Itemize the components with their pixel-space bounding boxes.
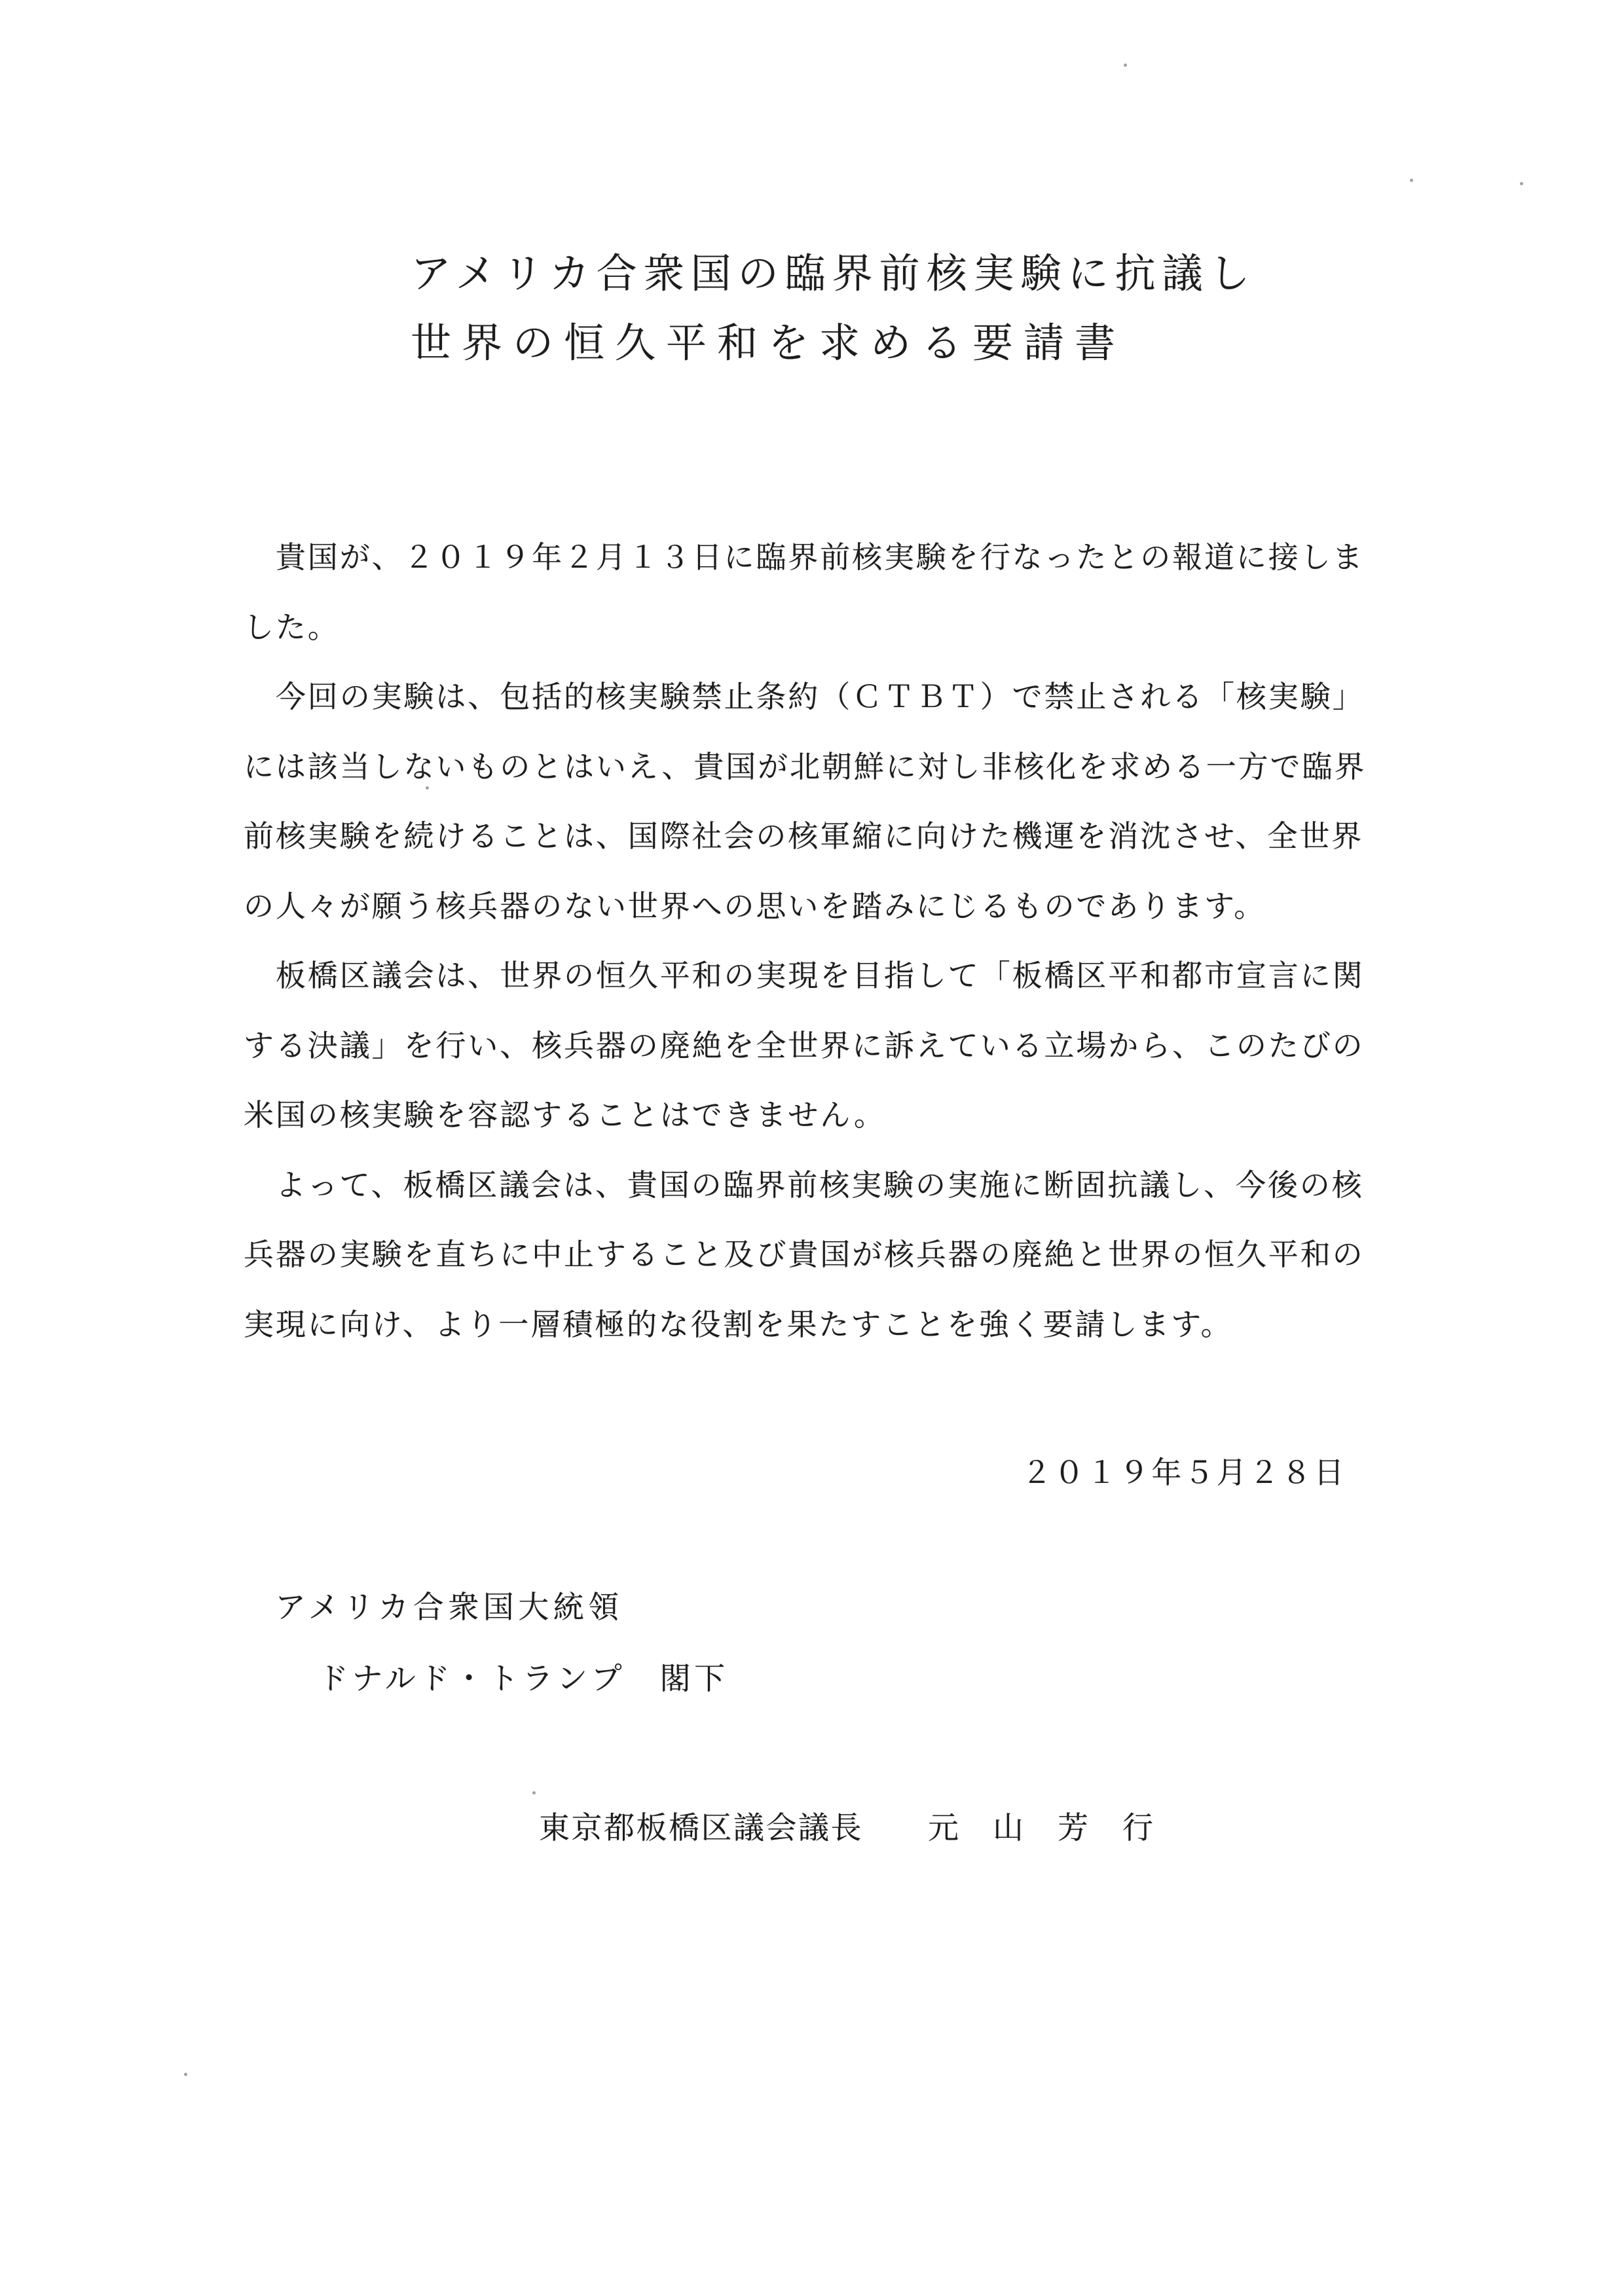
scan-speck [1520,182,1523,185]
scanned-document-page: アメリカ合衆国の臨界前核実験に抗議し 世界の恒久平和を求める要請書 貴国が、２０… [0,0,1624,2296]
body-line: 米国の核実験を容認することはできません。 [244,1081,1409,1151]
document-title-line2: 世界の恒久平和を求める要請書 [411,319,1126,368]
scan-speck [1410,179,1413,182]
body-line: には該当しないものとはいえ、貴国が北朝鮮に対し非核化を求める一方で臨界 [244,733,1409,803]
body-line: 兵器の実験を直ちに中止すること及び貴国が核兵器の廃絶と世界の恒久平和の [244,1220,1409,1290]
scan-speck [1124,64,1127,67]
body-line: する決議」を行い、核兵器の廃絶を全世界に訴えている立場から、このたびの [244,1011,1409,1082]
addressee-name: ドナルド・トランプ 閣下 [318,1647,729,1712]
document-body: 貴国が、２０１９年２月１３日に臨界前核実験を行なったとの報道に接しま した。 今… [244,523,1409,1360]
body-line: 今回の実験は、包括的核実験禁止条約（ＣＴＢＴ）で禁止される「核実験」 [244,663,1409,733]
body-line: した。 [244,593,1409,663]
body-line: 実現に向け、より一層積極的な役割を果たすことを強く要請します。 [244,1290,1409,1360]
scan-speck [184,2073,187,2076]
document-title-line1: アメリカ合衆国の臨界前核実験に抗議し [411,250,1257,299]
document-date: ２０１９年５月２８日 [1022,1438,1346,1508]
body-line: 板橋区議会は、世界の恒久平和の実現を目指して「板橋区平和都市宣言に関 [244,941,1409,1011]
body-line: よって、板橋区議会は、貴国の臨界前核実験の実施に断固抗議し、今後の核 [244,1151,1409,1221]
body-line: の人々が願う核兵器のない世界への思いを踏みにじるものであります。 [244,872,1409,942]
scan-speck [532,1791,536,1795]
addressee-president: アメリカ合衆国大統領 [275,1575,623,1641]
body-line: 前核実験を続けることは、国際社会の核軍縮に向けた機運を消沈させ、全世界 [244,802,1409,872]
signature-line: 東京都板橋区議会議長 元 山 芳 行 [539,1796,1155,1861]
body-line: 貴国が、２０１９年２月１３日に臨界前核実験を行なったとの報道に接しま [244,523,1409,593]
scan-speck [426,786,429,790]
